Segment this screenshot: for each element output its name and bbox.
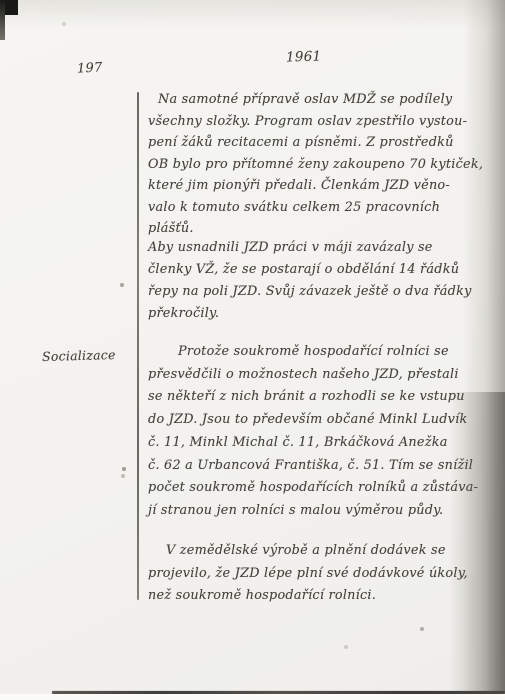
handwritten-line: č. 62 a Urbancová Františka, č. 51. Tím … [148,455,488,478]
scan-noise-specks [0,0,2,2]
handwritten-line: Na samotné přípravě oslav MDŽ se podílel… [148,89,488,111]
handwritten-line: Aby usnadnili JZD práci v máji zavázaly … [148,237,488,259]
handwritten-line: než soukromě hospodařící rolníci. [148,585,488,608]
handwritten-line: pení žáků recitacemi a písněmi. Z prostř… [148,132,488,154]
year-heading: 1961 [286,48,322,65]
handwritten-line: všechny složky. Program oslav zpestřilo … [148,111,488,133]
handwritten-line: se někteří z nich bránit a rozhodli se k… [148,386,488,409]
margin-rule-line [137,92,139,600]
handwritten-line: přesvědčili o možnostech našeho JZD, pře… [148,364,488,387]
handwritten-line: které jim pionýři předali. Členkám JZD v… [148,175,488,197]
handwritten-line: Protože soukromě hospodařící rolníci se [148,341,488,364]
handwritten-line: členky VŽ, že se postarají o obdělání 14… [148,259,488,281]
handwritten-line: OB bylo pro přítomné ženy zakoupeno 70 k… [148,154,488,176]
scanned-page: 197 1961 Socializace Na samotné přípravě… [0,0,505,700]
handwritten-line: do JZD. Jsou to především občané Minkl L… [148,409,488,432]
handwritten-line: počet soukromě hospodařících rolníků a z… [148,477,488,500]
handwritten-line: projevilo, že JZD lépe plní své dodávkov… [148,563,488,586]
page-number: 197 [77,60,103,76]
handwritten-line: překročily. [148,303,488,325]
paragraph-agricultural-production: V zemědělské výrobě a plnění dodávek se … [148,540,488,608]
paragraph-socializace: Protože soukromě hospodařící rolníci se … [148,341,488,523]
paragraph-women-commitment: Aby usnadnili JZD práci v máji zavázaly … [148,237,488,325]
top-edge-shading [0,0,505,28]
right-edge-shadow-lower [449,392,505,692]
handwritten-line: valo k tomuto svátku celkem 25 pracovníc… [148,197,488,219]
paragraph-mdz-celebration: Na samotné přípravě oslav MDŽ se podílel… [148,89,488,240]
handwritten-line: č. 11, Minkl Michal č. 11, Brkáčková Ane… [148,432,488,455]
margin-note: Socializace [42,347,116,364]
handwritten-line: řepy na poli JZD. Svůj závazek ještě o d… [148,281,488,303]
scan-background-strip [0,694,505,700]
scan-corner-mark-tail [0,0,5,40]
handwritten-line: V zemědělské výrobě a plnění dodávek se [148,540,488,563]
handwritten-line: jí stranou jen rolníci s malou výměrou p… [148,500,488,523]
